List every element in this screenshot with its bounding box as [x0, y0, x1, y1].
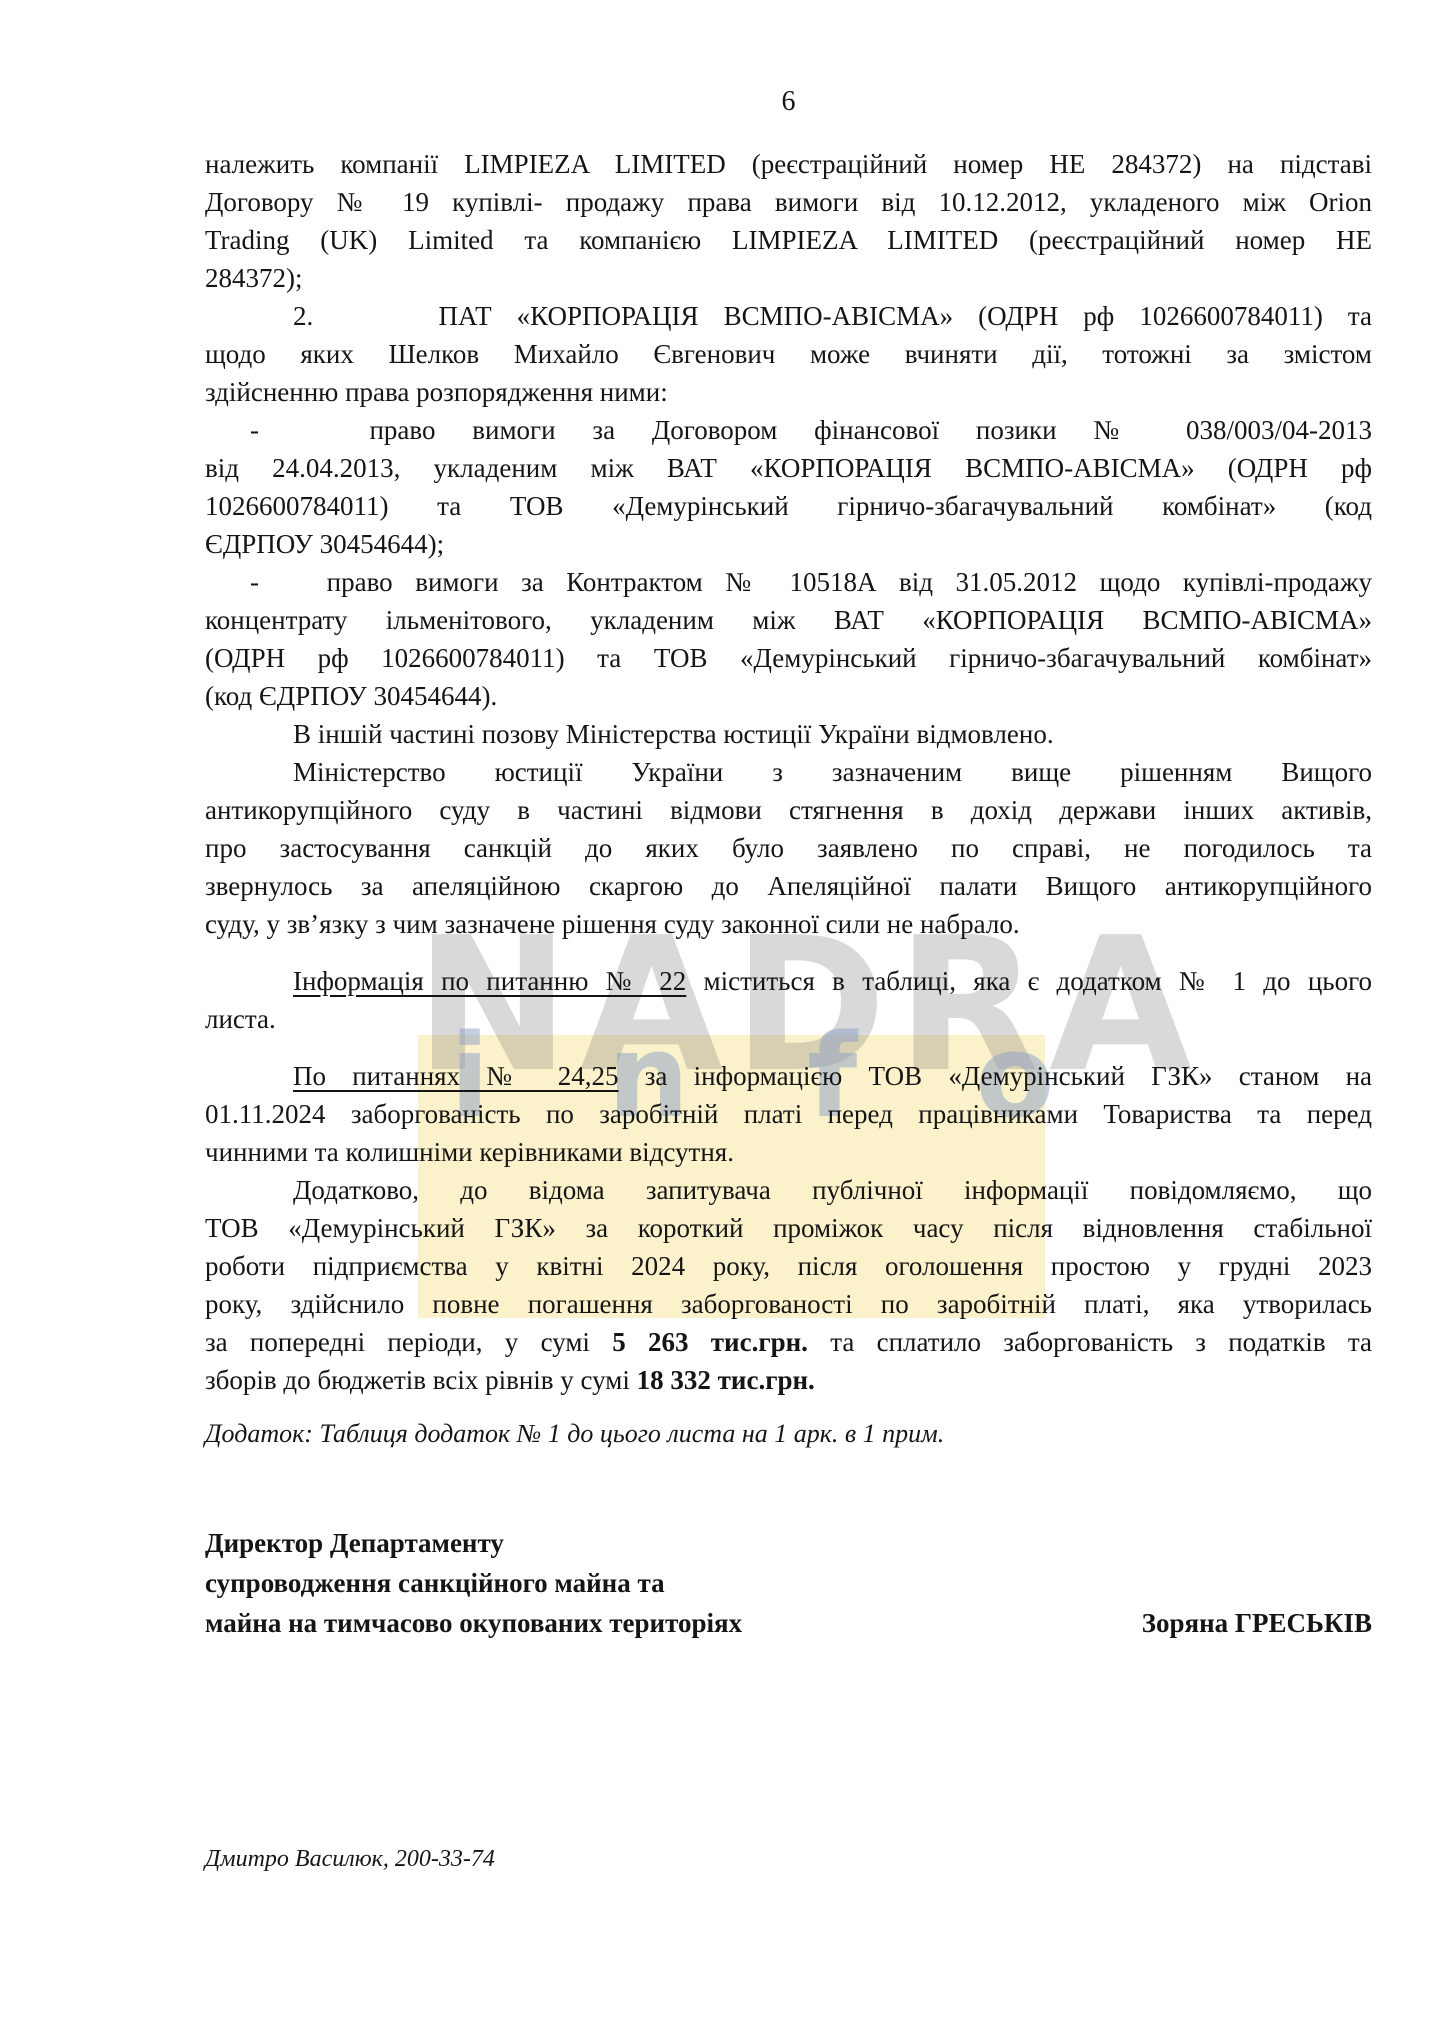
text-line: щодо яких Шелков Михайло Євгенович може … — [205, 335, 1372, 373]
text-segment: Міністерство юстиції України з зазначени… — [293, 757, 1372, 787]
text-line: суду, у зв’язку з чим зазначене рішення … — [205, 905, 1372, 943]
text-segment: про застосування санкцій до яких було за… — [205, 833, 1372, 863]
signature-block: Директор Департаменту супроводження санк… — [205, 1523, 1372, 1643]
text-line: чинними та колишніми керівниками відсутн… — [205, 1133, 1372, 1171]
text-line: листа. — [205, 1000, 1372, 1038]
text-line: В іншій частині позову Міністерства юсти… — [205, 715, 1372, 753]
text-segment: щодо яких Шелков Михайло Євгенович може … — [205, 339, 1372, 369]
text-segment: 18 332 тис.грн. — [637, 1365, 815, 1395]
text-segment: листа. — [205, 1004, 276, 1034]
text-line: зборів до бюджетів всіх рівнів у сумі 18… — [205, 1361, 1372, 1399]
text-segment: зборів до бюджетів всіх рівнів у сумі — [205, 1365, 637, 1395]
text-segment: (код ЄДРПОУ 30454644). — [205, 681, 497, 711]
text-line: належить компанії LIMPIEZA LIMITED (реєс… — [205, 145, 1372, 183]
text-segment: за інформацією ТОВ «Демурінський ГЗК» ст… — [619, 1061, 1373, 1091]
text-line: Міністерство юстиції України з зазначени… — [205, 753, 1372, 791]
text-segment: та сплатило заборгованість з податків та — [808, 1327, 1372, 1357]
text-segment: - право вимоги за Договором фінансової п… — [250, 415, 1372, 445]
text-segment: міститься в таблиці, яка є додатком № 1 … — [686, 966, 1372, 996]
text-segment: В іншій частині позову Міністерства юсти… — [293, 719, 1054, 749]
text-segment: - право вимоги за Контрактом № 10518А ві… — [250, 567, 1372, 597]
text-line: 01.11.2024 заборгованість по заробітній … — [205, 1095, 1372, 1133]
text-line: - право вимоги за Контрактом № 10518А ві… — [205, 563, 1372, 601]
text-segment: роботи підприємства у квітні 2024 року, … — [205, 1251, 1372, 1281]
text-segment: суду, у зв’язку з чим зазначене рішення … — [205, 909, 1020, 939]
text-segment: року, здійснило повне погашення заборгов… — [205, 1289, 1372, 1319]
text-line: за попередні періоди, у сумі 5 263 тис.г… — [205, 1323, 1372, 1361]
text-line: від 24.04.2013, укладеним між ВАТ «КОРПО… — [205, 449, 1372, 487]
page-number: 6 — [205, 86, 1372, 118]
body-text: належить компанії LIMPIEZA LIMITED (реєс… — [205, 145, 1372, 1399]
footer-executor: Дмитро Василюк, 200-33-74 — [205, 1846, 495, 1873]
text-segment: Trading (UK) Limited та компанією LIMPIE… — [205, 225, 1372, 255]
signature-title-line: Директор Департаменту — [205, 1523, 1372, 1563]
text-line: звернулось за апеляційною скаргою до Апе… — [205, 867, 1372, 905]
text-segment: (ОДРН рф 1026600784011) та ТОВ «Демурінс… — [205, 643, 1372, 673]
text-line: Інформація по питанню № 22 міститься в т… — [205, 962, 1372, 1000]
text-segment: 01.11.2024 заборгованість по заробітній … — [205, 1099, 1372, 1129]
text-segment: Додатково, до відома запитувача публічно… — [293, 1175, 1372, 1205]
text-segment: По питаннях № 24,25 — [293, 1061, 619, 1091]
text-segment: антикорупційного суду в частині відмови … — [205, 795, 1372, 825]
text-segment: ЄДРПОУ 30454644); — [205, 529, 444, 559]
document-page: 6 NADRA info належить компанії LIMPIEZA … — [0, 0, 1443, 2040]
text-segment: 5 263 тис.грн. — [612, 1327, 808, 1357]
text-line: (код ЄДРПОУ 30454644). — [205, 677, 1372, 715]
text-line: 1026600784011) та ТОВ «Демурінський гірн… — [205, 487, 1372, 525]
text-line: ТОВ «Демурінський ГЗК» за короткий промі… — [205, 1209, 1372, 1247]
text-segment: 284372); — [205, 263, 303, 293]
text-segment: належить компанії LIMPIEZA LIMITED (реєс… — [205, 149, 1372, 179]
attachment-note: Додаток: Таблиця додаток № 1 до цього ли… — [205, 1419, 1372, 1449]
signature-title-line: супроводження санкційного майна та — [205, 1563, 1372, 1603]
text-segment: 1026600784011) та ТОВ «Демурінський гірн… — [205, 491, 1372, 521]
text-line: Додатково, до відома запитувача публічно… — [205, 1171, 1372, 1209]
text-line: Договору № 19 купівлі- продажу права вим… — [205, 183, 1372, 221]
text-line: здійсненню права розпорядження ними: — [205, 373, 1372, 411]
text-segment: Договору № 19 купівлі- продажу права вим… — [205, 187, 1372, 217]
signature-name: Зоряна ГРЕСЬКІВ — [1142, 1603, 1372, 1643]
text-segment: звернулось за апеляційною скаргою до Апе… — [205, 871, 1372, 901]
text-line: року, здійснило повне погашення заборгов… — [205, 1285, 1372, 1323]
text-line: про застосування санкцій до яких було за… — [205, 829, 1372, 867]
text-line: концентрату ільменітового, укладеним між… — [205, 601, 1372, 639]
text-line: По питаннях № 24,25 за інформацією ТОВ «… — [205, 1057, 1372, 1095]
text-line: ЄДРПОУ 30454644); — [205, 525, 1372, 563]
text-line: - право вимоги за Договором фінансової п… — [205, 411, 1372, 449]
text-line: Trading (UK) Limited та компанією LIMPIE… — [205, 221, 1372, 259]
text-line: роботи підприємства у квітні 2024 року, … — [205, 1247, 1372, 1285]
text-line: 284372); — [205, 259, 1372, 297]
text-line: 2. ПАТ «КОРПОРАЦІЯ ВСМПО-АВІСМА» (ОДРН р… — [205, 297, 1372, 335]
text-segment: Інформація по питанню № 22 — [293, 966, 686, 996]
text-segment: за попередні періоди, у сумі — [205, 1327, 612, 1357]
text-segment: здійсненню права розпорядження ними: — [205, 377, 668, 407]
text-line: антикорупційного суду в частині відмови … — [205, 791, 1372, 829]
text-segment: чинними та колишніми керівниками відсутн… — [205, 1137, 734, 1167]
text-line: (ОДРН рф 1026600784011) та ТОВ «Демурінс… — [205, 639, 1372, 677]
text-segment: концентрату ільменітового, укладеним між… — [205, 605, 1372, 635]
text-segment: 2. ПАТ «КОРПОРАЦІЯ ВСМПО-АВІСМА» (ОДРН р… — [293, 301, 1372, 331]
text-segment: від 24.04.2013, укладеним між ВАТ «КОРПО… — [205, 453, 1372, 483]
text-segment: ТОВ «Демурінський ГЗК» за короткий промі… — [205, 1213, 1372, 1243]
